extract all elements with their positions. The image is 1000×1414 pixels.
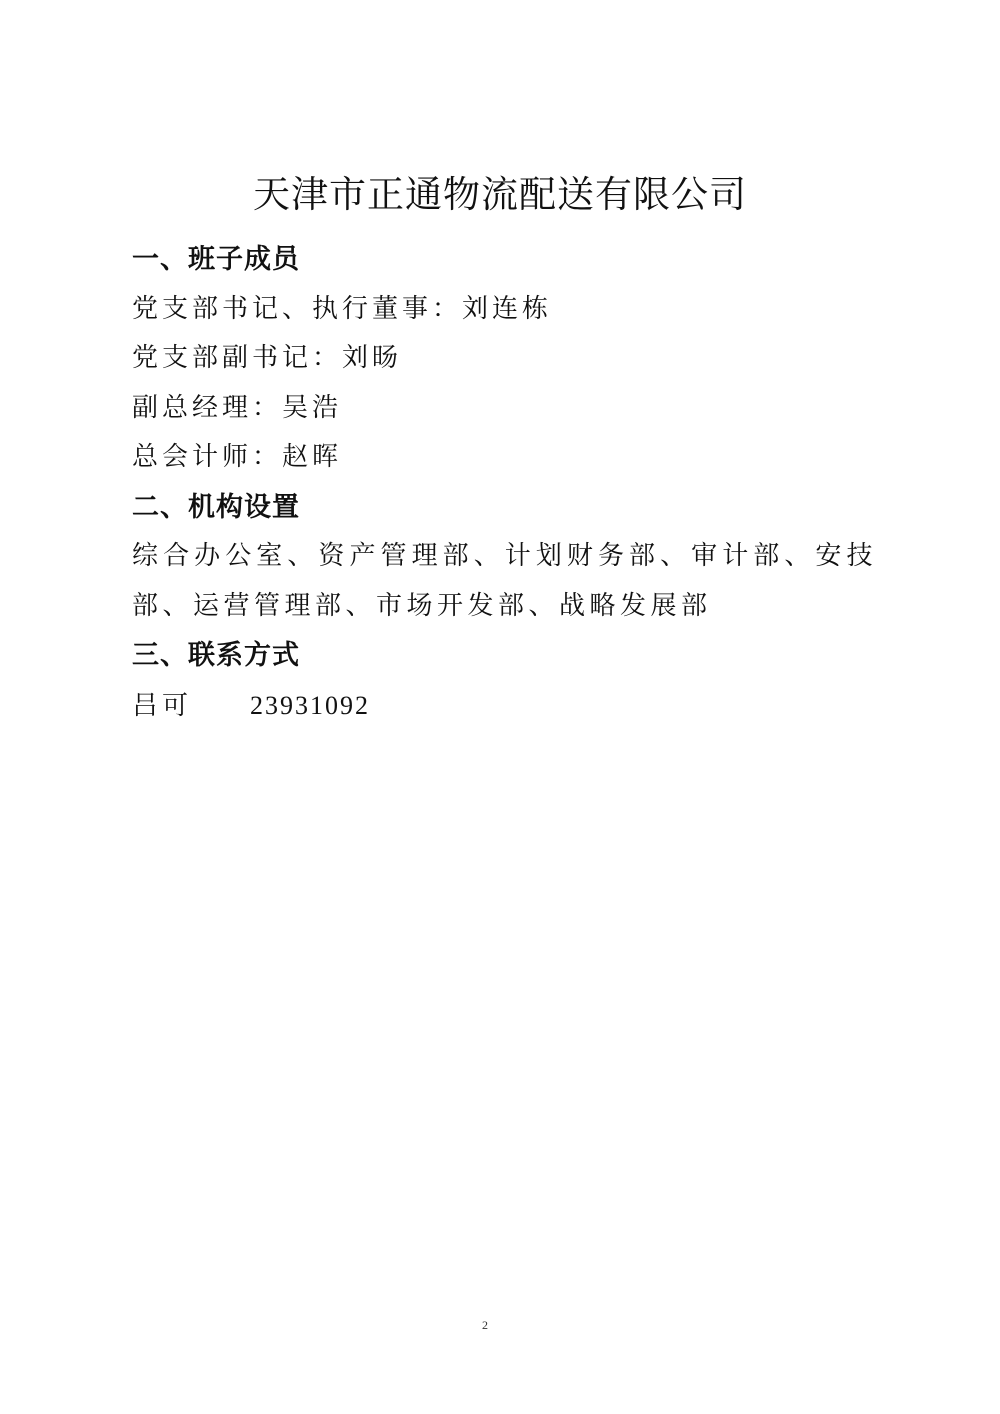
leadership-line: 总会计师：赵晖 [132, 433, 877, 483]
role-label: 副总经理： [132, 393, 282, 423]
contact-line: 吕可23931092 [132, 681, 877, 732]
section-heading-contact: 三、联系方式 [132, 631, 877, 681]
person-name: 刘旸 [342, 343, 402, 373]
role-label: 党支部副书记： [132, 343, 342, 373]
page-title: 天津市正通物流配送有限公司 [0, 170, 1000, 220]
role-label: 总会计师： [132, 442, 282, 472]
person-name: 刘连栋 [462, 294, 552, 324]
person-name: 赵晖 [282, 442, 342, 472]
section-heading-leadership: 一、班子成员 [132, 235, 877, 285]
leadership-line: 党支部书记、执行董事：刘连栋 [132, 285, 877, 335]
contact-phone: 23931092 [250, 681, 370, 731]
person-name: 吴浩 [282, 393, 342, 423]
section-heading-organization: 二、机构设置 [132, 483, 877, 533]
role-label: 党支部书记、执行董事： [132, 294, 462, 324]
page-number: 2 [0, 1318, 970, 1333]
leadership-line: 副总经理：吴浩 [132, 384, 877, 434]
contact-name: 吕可 [132, 691, 192, 721]
document-body: 一、班子成员 党支部书记、执行董事：刘连栋 党支部副书记：刘旸 副总经理：吴浩 … [132, 235, 877, 731]
departments-paragraph: 综合办公室、资产管理部、计划财务部、审计部、安技部、运营管理部、市场开发部、战略… [132, 532, 877, 631]
leadership-line: 党支部副书记：刘旸 [132, 334, 877, 384]
